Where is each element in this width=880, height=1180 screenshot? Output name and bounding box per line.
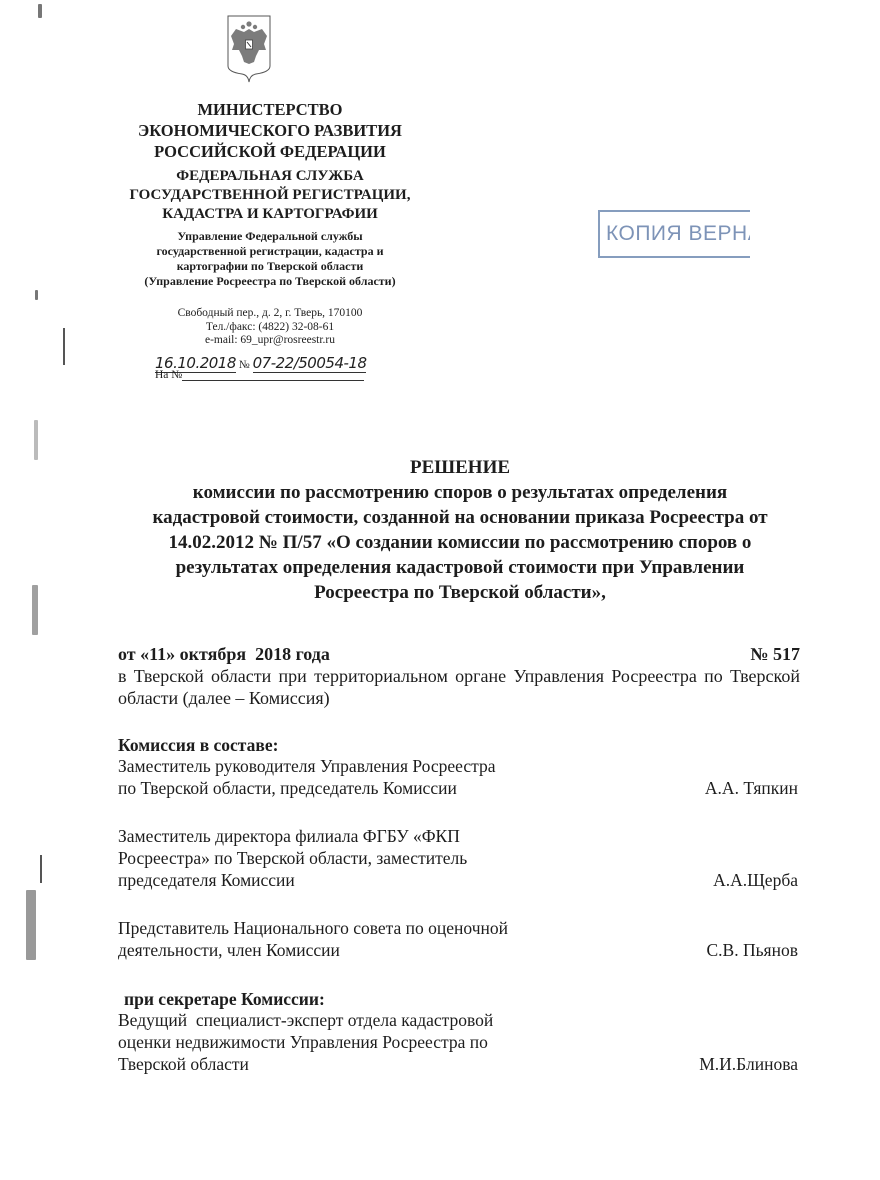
coat-of-arms-emblem <box>226 14 272 84</box>
scan-speck <box>38 4 42 18</box>
member-role: Заместитель руководителя Управления Роср… <box>118 755 578 799</box>
scan-speck <box>32 585 38 635</box>
role-line: Заместитель директора филиала ФГБУ «ФКП <box>118 825 578 847</box>
scan-speck <box>35 290 38 300</box>
secretary: Ведущий специалист-эксперт отдела кадаст… <box>118 1009 798 1075</box>
ministry-line: ЭКОНОМИЧЕСКОГО РАЗВИТИЯ <box>110 120 430 141</box>
office-line: картографии по Тверской области <box>110 259 430 274</box>
role-line: оценки недвижимости Управления Росреестр… <box>118 1031 578 1053</box>
secretary-role: Ведущий специалист-эксперт отдела кадаст… <box>118 1009 578 1075</box>
ministry-line: РОССИЙСКОЙ ФЕДЕРАЦИИ <box>110 141 430 162</box>
role-line: Росреестра» по Тверской области, замести… <box>118 847 578 869</box>
title-line: комиссии по рассмотрению споров о резуль… <box>100 480 820 505</box>
reply-to-label: На № <box>155 369 182 381</box>
office-line: государственной регистрации, кадастра и <box>110 244 430 259</box>
decision-place: в Тверской области при территориальном о… <box>118 665 800 709</box>
phone: Тел./факс: (4822) 32-08-61 <box>130 321 410 335</box>
copy-certified-stamp: КОПИЯ ВЕРНА <box>598 210 750 258</box>
member-role: Представитель Национального совета по оц… <box>118 917 578 961</box>
coat-of-arms-icon <box>226 14 272 84</box>
reply-to-line: На № <box>155 369 364 381</box>
role-line: деятельности, член Комиссии <box>118 939 578 961</box>
decision-date: от «11» октября 2018 года <box>118 644 330 665</box>
role-line: по Тверской области, председатель Комисс… <box>118 777 578 799</box>
contact-block: Свободный пер., д. 2, г. Тверь, 170100 Т… <box>130 307 410 348</box>
reply-to-blank <box>182 369 364 381</box>
title-line: результатах определения кадастровой стои… <box>100 555 820 580</box>
member-name: А.А. Тяпкин <box>705 777 798 799</box>
office-line: Управление Федеральной службы <box>110 229 430 244</box>
ministry-line: МИНИСТЕРСТВО <box>110 99 430 120</box>
commission-title: Комиссия в составе: <box>118 735 278 756</box>
member-name: С.В. Пьянов <box>706 939 798 961</box>
commission-member: Заместитель директора филиала ФГБУ «ФКП … <box>118 825 798 891</box>
secretary-title: при секретаре Комиссии: <box>124 989 325 1010</box>
ministry-name: МИНИСТЕРСТВО ЭКОНОМИЧЕСКОГО РАЗВИТИЯ РОС… <box>110 99 430 162</box>
service-line: КАДАСТРА И КАРТОГРАФИИ <box>110 205 430 224</box>
member-name: А.А.Щерба <box>713 869 798 891</box>
secretary-name: М.И.Блинова <box>699 1053 798 1075</box>
email: e-mail: 69_upr@rosreestr.ru <box>130 334 410 348</box>
decision-title: РЕШЕНИЕ комиссии по рассмотрению споров … <box>100 455 820 605</box>
title-line: Росреестра по Тверской области», <box>100 580 820 605</box>
office-name: Управление Федеральной службы государств… <box>110 229 430 289</box>
scan-speck <box>34 420 38 460</box>
address: Свободный пер., д. 2, г. Тверь, 170100 <box>130 307 410 321</box>
scan-mark <box>40 855 42 883</box>
service-line: ГОСУДАРСТВЕННОЙ РЕГИСТРАЦИИ, <box>110 186 430 205</box>
office-line: (Управление Росреестра по Тверской облас… <box>110 274 430 289</box>
decision-date-line: от «11» октября 2018 года № 517 <box>118 644 800 665</box>
service-name: ФЕДЕРАЛЬНАЯ СЛУЖБА ГОСУДАРСТВЕННОЙ РЕГИС… <box>110 167 430 224</box>
role-line: Ведущий специалист-эксперт отдела кадаст… <box>118 1009 578 1031</box>
commission-member: Заместитель руководителя Управления Роср… <box>118 755 798 799</box>
decision-number: № 517 <box>750 644 800 665</box>
commission-member: Представитель Национального совета по оц… <box>118 917 798 961</box>
scan-speck <box>26 890 36 960</box>
scan-mark <box>63 328 65 365</box>
service-line: ФЕДЕРАЛЬНАЯ СЛУЖБА <box>110 167 430 186</box>
role-line: председателя Комиссии <box>118 869 578 891</box>
role-line: Заместитель руководителя Управления Роср… <box>118 755 578 777</box>
role-line: Тверской области <box>118 1053 578 1075</box>
title-line: 14.02.2012 № П/57 «О создании комиссии п… <box>100 530 820 555</box>
title-line: кадастровой стоимости, созданной на осно… <box>100 505 820 530</box>
decision-heading: РЕШЕНИЕ <box>100 455 820 480</box>
member-role: Заместитель директора филиала ФГБУ «ФКП … <box>118 825 578 891</box>
role-line: Представитель Национального совета по оц… <box>118 917 578 939</box>
